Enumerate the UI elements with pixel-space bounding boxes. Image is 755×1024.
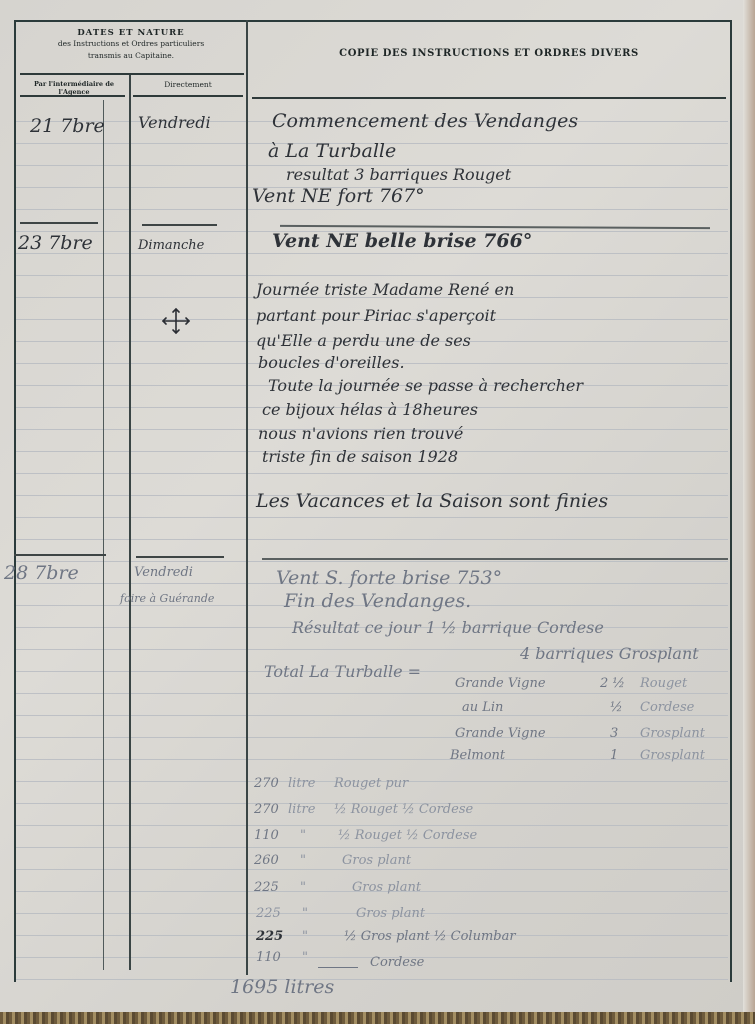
entry-2-line-5: boucles d'oreilles. (258, 353, 405, 372)
entry-1-day: Vendredi (138, 113, 211, 132)
liters-unit: " (300, 853, 306, 868)
liters-unit: " (302, 906, 308, 921)
entry-2-line-2: Journée triste Madame René en (256, 280, 514, 299)
liters-amount: 225 (256, 929, 283, 944)
entry-2-line-4: qu'Elle a perdu une de ses (256, 331, 471, 350)
header-dates: DATES ET NATURE des Instructions et Ordr… (16, 28, 246, 62)
liters-unit: " (300, 880, 306, 895)
header-rule-2b (133, 95, 243, 97)
separator (262, 558, 728, 560)
entry-2-line-10: Les Vacances et la Saison sont finies (256, 490, 608, 512)
total-variety: Grosplant (640, 726, 705, 741)
liters-desc: Rouget pur (334, 776, 408, 791)
entry-2-line-9: triste fin de saison 1928 (262, 447, 458, 466)
separator (136, 556, 224, 558)
liters-unit: " (302, 929, 308, 944)
header-dates-line3: transmis au Capitaine. (16, 50, 246, 62)
total-variety: Grosplant (640, 748, 705, 763)
total-liters: 1695 litres (230, 976, 334, 998)
sum-rule (318, 967, 358, 968)
entry-3-line-1: Vent S. forte brise 753° (276, 567, 502, 589)
entry-1-line-3: resultat 3 barriques Rouget (286, 165, 511, 184)
header-copy-title: COPIE DES INSTRUCTIONS ET ORDRES DIVERS (250, 48, 728, 59)
entry-2-line-7: ce bijoux hélas à 18heures (262, 400, 478, 419)
total-qty: ½ (610, 700, 623, 715)
liters-desc: Gros plant (356, 906, 425, 921)
liters-amount: 270 (254, 776, 279, 791)
liters-unit: litre (288, 802, 315, 817)
entry-2-date: 23 7bre (18, 232, 93, 254)
liters-desc: Gros plant (342, 853, 411, 868)
liters-desc: Cordese (370, 955, 424, 970)
column-divider-inner (103, 100, 104, 970)
entry-3-line-2: Fin des Vendanges. (284, 590, 471, 612)
entry-1-date: 21 7bre (30, 115, 105, 137)
entry-2-day: Dimanche (138, 238, 204, 253)
separator (14, 554, 106, 556)
entry-1-line-4: Vent NE fort 767° (252, 185, 425, 207)
total-qty: 2 ½ (600, 676, 625, 691)
entry-2-line-1: Vent NE belle brise 766° (272, 230, 532, 252)
entry-2-line-8: nous n'avions rien trouvé (258, 424, 463, 443)
entry-2-line-6: Toute la journée se passe à rechercher (268, 376, 583, 395)
column-divider-date (129, 75, 131, 970)
separator (142, 224, 217, 226)
total-qty: 3 (610, 726, 618, 741)
header-col-agence: Par l'intermédiaire de l'Agence (20, 80, 128, 96)
liters-amount: 225 (254, 880, 279, 895)
liters-unit: litre (288, 776, 315, 791)
entry-1-line-1: Commencement des Vendanges (272, 110, 578, 132)
entry-1-line-2: à La Turballe (268, 140, 396, 162)
header-col-direct: Directement (132, 80, 244, 89)
liters-amount: 110 (254, 828, 279, 843)
book-binding-edge (0, 1012, 755, 1024)
liters-amount: 110 (256, 950, 281, 965)
entry-3-line-4: 4 barriques Grosplant (520, 644, 699, 663)
liters-amount: 270 (254, 802, 279, 817)
move-cursor-icon (160, 305, 192, 337)
total-qty: 1 (610, 748, 618, 763)
header-rule-1 (20, 73, 244, 75)
total-place: au Lin (462, 700, 503, 715)
liters-desc: ½ Rouget ½ Cordese (334, 802, 473, 817)
entry-2-line-3: partant pour Piriac s'aperçoit (256, 306, 496, 325)
header-dates-title: DATES ET NATURE (16, 28, 246, 38)
total-place: Grande Vigne (455, 676, 546, 691)
liters-unit: " (300, 828, 306, 843)
total-place: Grande Vigne (455, 726, 546, 741)
entry-3-line-3: Résultat ce jour 1 ½ barrique Cordese (292, 618, 604, 637)
total-place: Belmont (450, 748, 505, 763)
liters-amount: 225 (256, 906, 281, 921)
liters-amount: 260 (254, 853, 279, 868)
liters-desc: Gros plant (352, 880, 421, 895)
liters-desc: ½ Gros plant ½ Columbar (344, 929, 516, 944)
separator (20, 222, 98, 224)
page-edge (743, 0, 755, 1012)
total-label: Total La Turballe = (264, 662, 421, 681)
total-variety: Rouget (640, 676, 687, 691)
entry-3-date: 28 7bre (4, 562, 79, 584)
entry-3-day-note: foire à Guérande (120, 592, 214, 605)
column-divider-main (246, 20, 248, 975)
liters-unit: " (302, 950, 308, 965)
entry-3-day: Vendredi (134, 565, 193, 580)
header-rule-copy (252, 97, 726, 99)
liters-desc: ½ Rouget ½ Cordese (338, 828, 477, 843)
total-variety: Cordese (640, 700, 694, 715)
header-dates-line2: des Instructions et Ordres particuliers (16, 38, 246, 50)
